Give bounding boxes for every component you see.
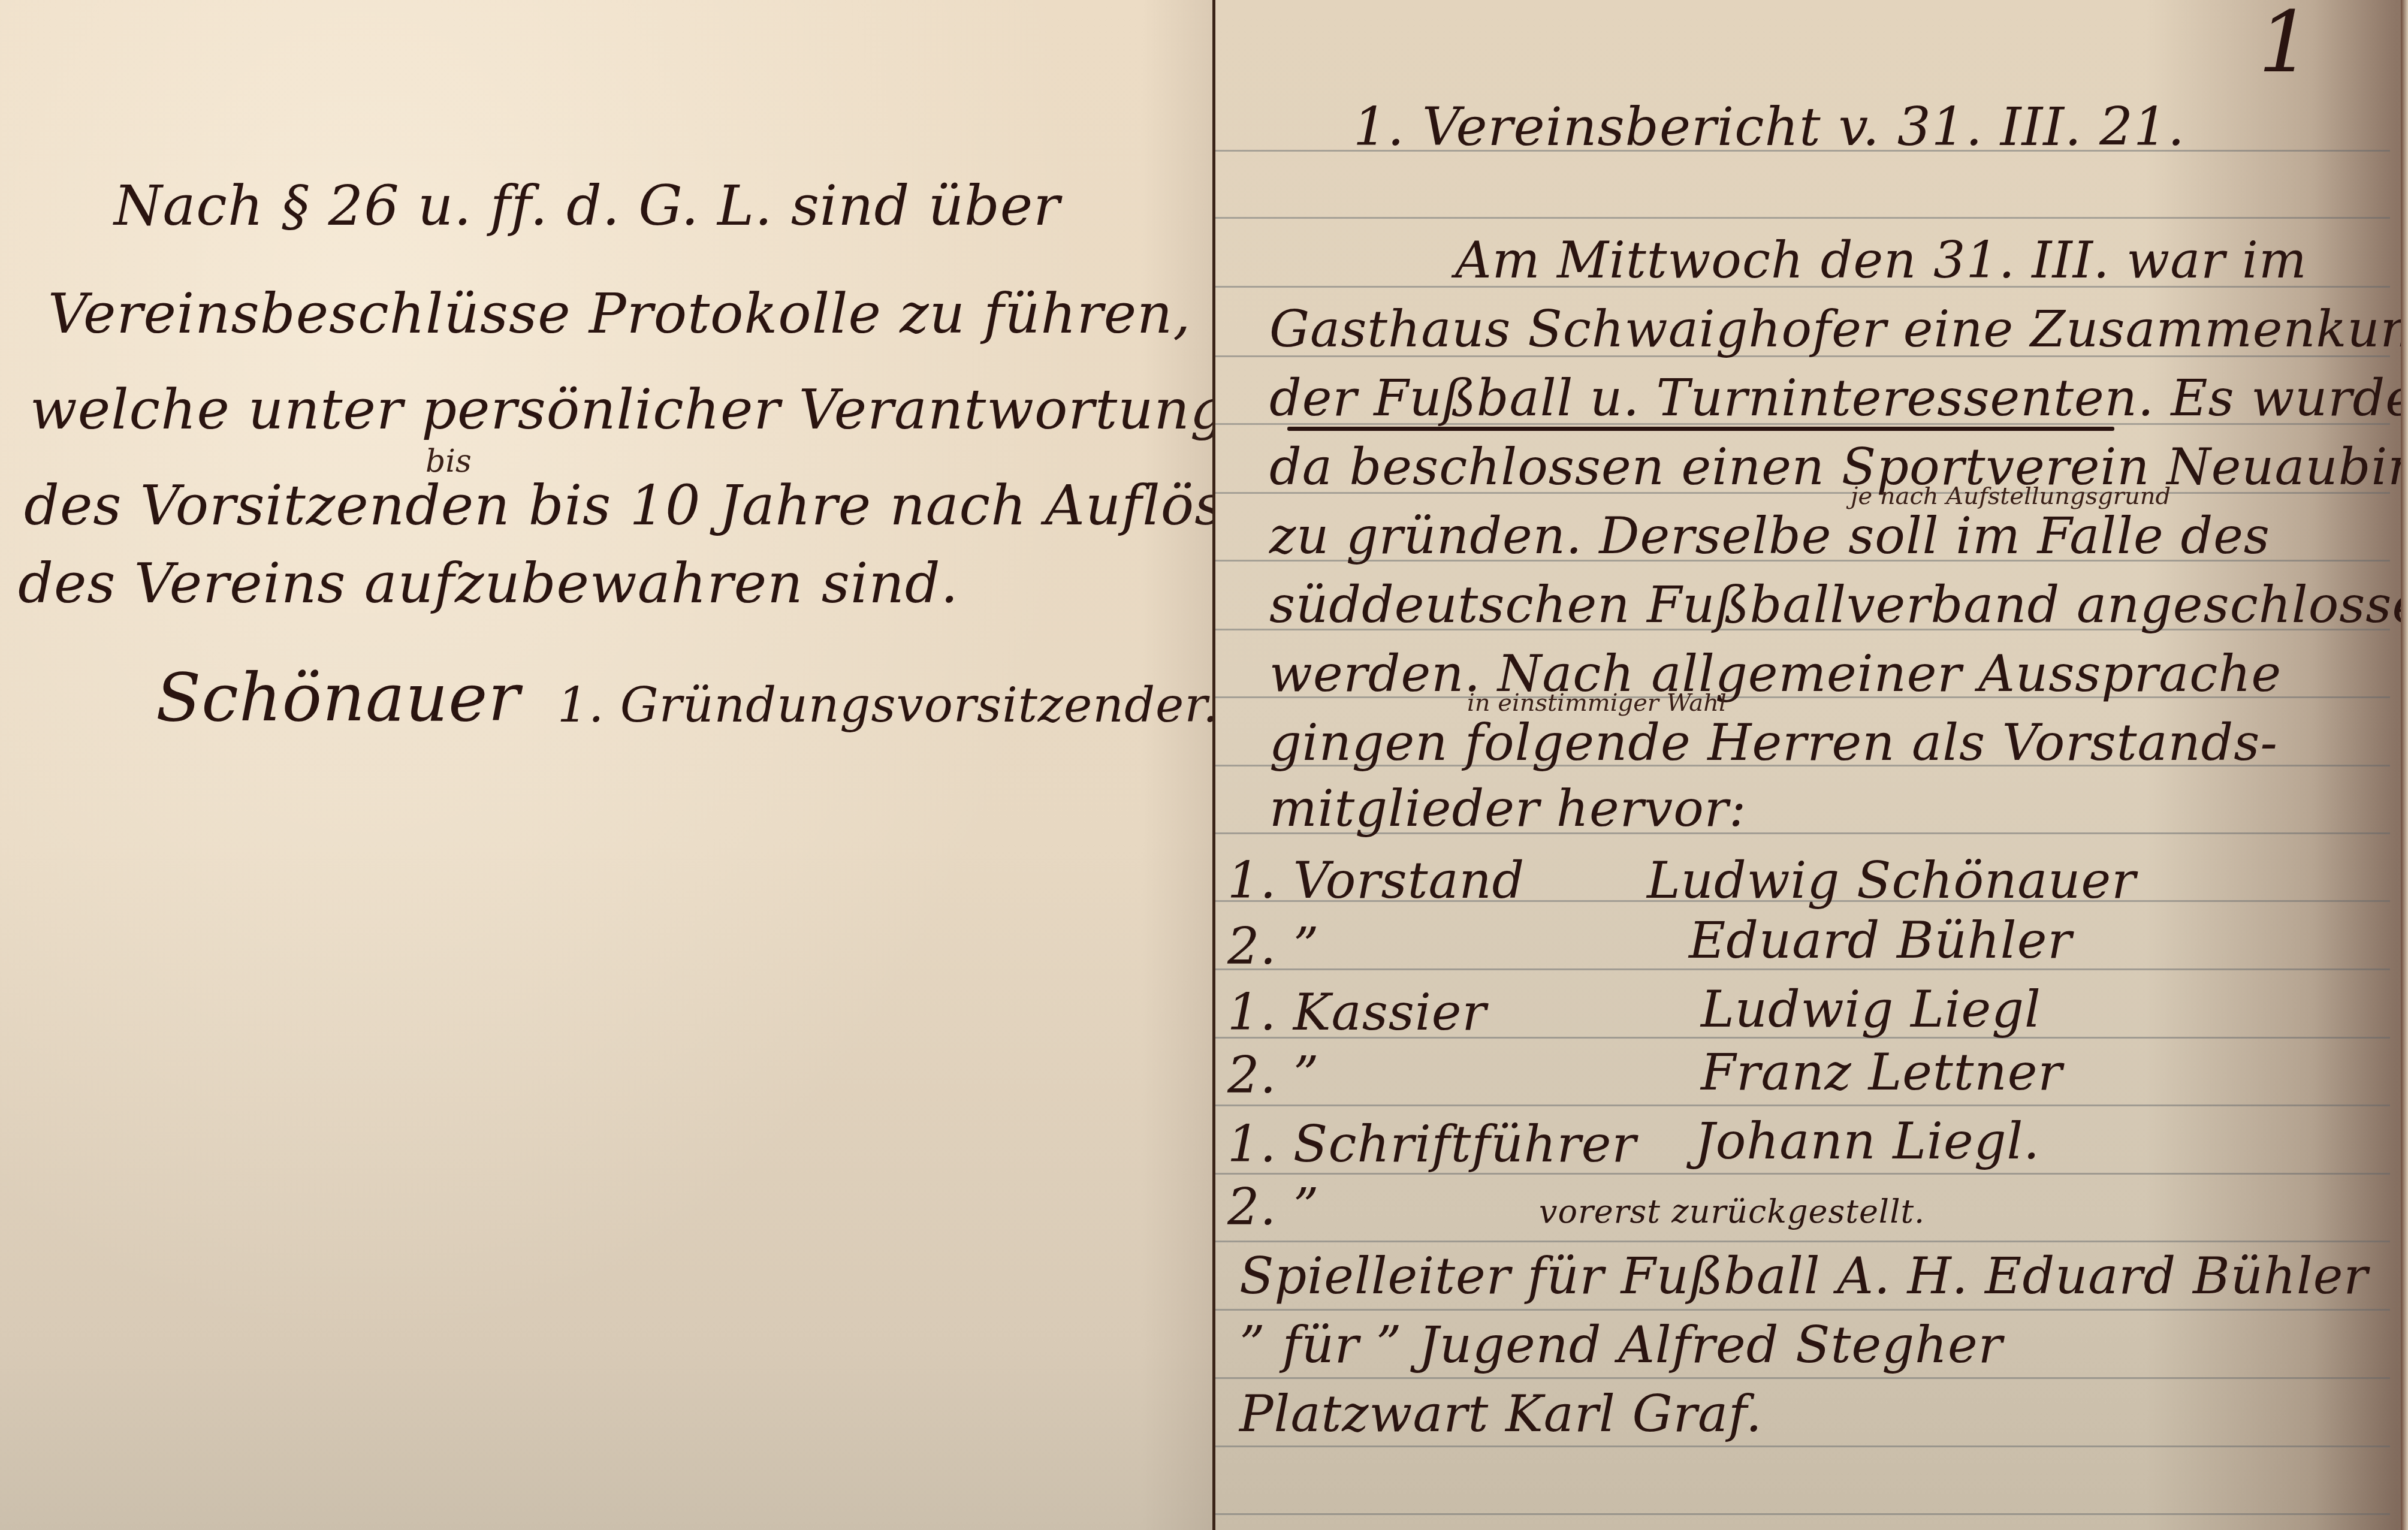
body-line-6: süddeutschen Fußballverband angeschlosse… (1269, 575, 2408, 634)
officer-name: Eduard Bühler (1689, 911, 2072, 970)
body-line-5: zu gründen. Derselbe soll im Falle des (1269, 506, 2270, 565)
officer-position: 1. Schriftführer (1227, 1115, 1637, 1173)
body-line-3: der Fußball u. Turninteressenten. Es wur… (1269, 369, 2408, 427)
officer-position: 2. ” (1227, 1178, 1320, 1236)
officer-name: Johann Liegl. (1695, 1112, 2040, 1170)
page-edge-shadow (2401, 0, 2408, 1530)
right-page: 1 1. Vereinsbericht v. 31. III. 21. Am M… (1215, 0, 2408, 1530)
signature-name: Schönauer (156, 659, 520, 736)
left-page: Nach § 26 u. ff. d. G. L. sind über Vere… (0, 0, 1214, 1530)
open-notebook-spread: Nach § 26 u. ff. d. G. L. sind über Vere… (0, 0, 2408, 1530)
rule-line (1215, 1377, 2390, 1379)
body-line-9: mitglieder hervor: (1269, 779, 1746, 838)
rule-line (1215, 1309, 2390, 1311)
officer-position: 1. Kassier (1227, 983, 1487, 1042)
role-line-jugend: ” für ” Jugend Alfred Stegher (1239, 1315, 2003, 1374)
officer-position: 1. Vorstand (1227, 851, 1525, 910)
body-line-7: werden. Nach allgemeiner Aussprache (1269, 644, 2282, 703)
role-line-fussball: Spielleiter für Fußball A. H. Eduard Büh… (1239, 1247, 2368, 1305)
left-paragraph-line-1: Nach § 26 u. ff. d. G. L. sind über (114, 174, 1060, 238)
rule-line (1215, 1513, 2390, 1515)
rule-line (1215, 217, 2390, 219)
left-paragraph-line-5: des Vereins aufzubewahren sind. (18, 551, 959, 615)
rule-line (1215, 1105, 2390, 1106)
officer-position: 2. ” (1227, 917, 1320, 976)
body-line-2: Gasthaus Schwaighofer eine Zusammenkunft (1269, 300, 2408, 358)
role-line-platzwart: Platzwart Karl Graf. (1239, 1384, 1763, 1443)
report-heading: 1. Vereinsbericht v. 31. III. 21. (1353, 96, 2185, 158)
rule-line (1215, 1241, 2390, 1242)
officer-position: 2. ” (1227, 1046, 1320, 1105)
officer-name: Ludwig Schönauer (1647, 851, 2136, 910)
left-paragraph-line-4: des Vorsitzenden bis 10 Jahre nach Auflö… (24, 473, 1332, 538)
page-number: 1 (2258, 0, 2312, 92)
officer-name: Franz Lettner (1701, 1043, 2063, 1102)
body-line-4: da beschlossen einen Sportverein Neuaubi… (1269, 437, 2408, 496)
officer-name: Ludwig Liegl (1701, 980, 2041, 1039)
underline-fussball-turninteressenten (1287, 427, 2114, 431)
rule-line (1215, 1445, 2390, 1447)
officer-name: vorerst zurückgestellt. (1539, 1193, 1925, 1230)
body-line-8: gingen folgende Herren als Vorstands- (1269, 713, 2278, 772)
signature-title: 1. Gründungsvorsitzender. (557, 677, 1218, 733)
left-paragraph-line-3: welche unter persönlicher Verantwortung (30, 378, 1226, 442)
body-line-1: Am Mittwoch den 31. III. war im (1455, 231, 2307, 289)
left-paragraph-line-2: Vereinsbeschlüsse Protokolle zu führen, (48, 282, 1191, 346)
